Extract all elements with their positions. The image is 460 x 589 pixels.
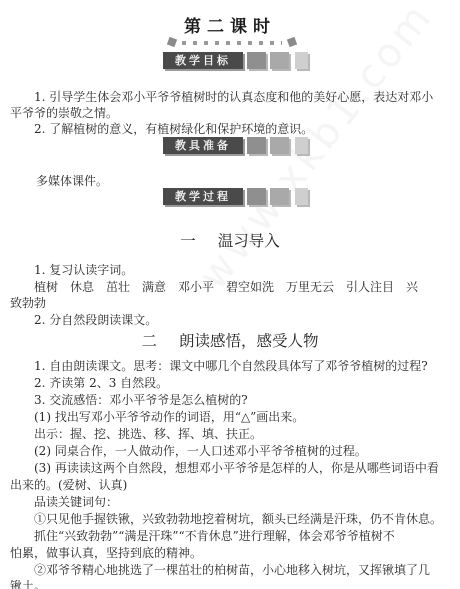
part1-step2: 2. 分自然段朗读课文。 — [34, 312, 157, 328]
part1-number: 一 — [180, 232, 196, 250]
part2-sub3-line2: 出来的。(爱树、认真) — [10, 477, 127, 493]
section-bar-materials: 教具准备 — [163, 137, 308, 154]
decoration-diamond-icon — [167, 37, 177, 47]
part2-quote2-line2: 锹土。 — [10, 578, 46, 589]
decoration-square — [270, 188, 289, 205]
title-decoration — [168, 40, 296, 48]
decoration-square — [295, 137, 308, 154]
decoration-square — [295, 52, 308, 69]
section-bar-process: 教学过程 — [163, 188, 308, 205]
objective-1-line1: 1. 引导学生体会邓小平爷爷植树时的认真态度和他的美好心愿，表达对邓小 — [34, 89, 433, 105]
section-label: 教具准备 — [163, 137, 243, 154]
decoration-square — [247, 52, 266, 69]
decoration-diamond-icon — [287, 37, 297, 47]
objective-1-line2: 平爷爷的崇敬之情。 — [10, 105, 118, 121]
section-label: 教学目标 — [163, 52, 243, 69]
decoration-square — [270, 137, 289, 154]
decoration-square — [295, 188, 308, 205]
lesson-page: www.xkb1.com 第二课时 教学目标 1. 引导学生体会邓小平爷爷植树时… — [0, 0, 460, 589]
part2-sub2: (2) 同桌合作，一人做动作，一人口述邓小平爷爷植树的过程。 — [34, 443, 367, 459]
part2-step2: 2. 齐读第 2、3 自然段。 — [34, 375, 168, 391]
part2-title: 朗读感悟，感受人物 — [179, 332, 319, 350]
part2-number: 二 — [141, 332, 157, 350]
part2-analysis1-line2: 怕累，做事认真，坚持到底的精神。 — [10, 545, 202, 561]
objective-2: 2. 了解植树的意义，有植树绿化和保护环境的意识。 — [34, 121, 313, 137]
decoration-square — [247, 188, 266, 205]
materials-text: 多媒体课件。 — [36, 173, 108, 189]
part1-words-line2: 致勃勃 — [10, 295, 46, 311]
part1-words-line1: 植树 休息 茁壮 满意 邓小平 碧空如洗 万里无云 引人注目 兴 — [34, 279, 418, 295]
part1-step1: 1. 复习认读字词。 — [34, 262, 133, 278]
part2-sub1: (1) 找出写邓小平爷爷动作的词语，用“△”画出来。 — [34, 409, 304, 425]
lesson-title: 第二课时 — [0, 12, 460, 37]
part2-sub3-line1: (3) 再读读这两个自然段，想想邓小平爷爷是怎样的人，你是从哪些词语中看 — [34, 460, 439, 476]
part2-show: 出示：握、挖、挑选、移、挥、填、扶正。 — [34, 426, 262, 442]
decoration-dots — [182, 41, 282, 45]
section-label: 教学过程 — [163, 188, 243, 205]
section-bar-objectives: 教学目标 — [163, 52, 308, 69]
decoration-square — [270, 52, 289, 69]
part2-quote2-line1: ②邓爷爷精心地挑选了一棵茁壮的柏树苗，小心地移入树坑，又挥锹填了几 — [34, 562, 430, 578]
part2-step1: 1. 自由朗读课文。思考：课文中哪几个自然段具体写了邓爷爷植树的过程? — [34, 358, 428, 374]
part2-analysis1-line1: 抓住“兴致勃勃”“满是汗珠”“不肯休息”进行理解，体会邓爷爷植树不 — [34, 528, 395, 544]
part2-key-label: 品读关键词句： — [34, 494, 118, 510]
part1-heading: 一温习导入 — [0, 229, 460, 251]
decoration-square — [247, 137, 266, 154]
part2-quote1: ①只见他手握铁锹，兴致勃勃地挖着树坑，额头已经满是汗珠，仍不肯休息。 — [34, 511, 442, 527]
part2-heading: 二朗读感悟，感受人物 — [0, 329, 460, 351]
part2-step3: 3. 交流感悟：邓小平爷爷是怎么植树的? — [34, 392, 248, 408]
part1-title: 温习导入 — [218, 232, 280, 250]
